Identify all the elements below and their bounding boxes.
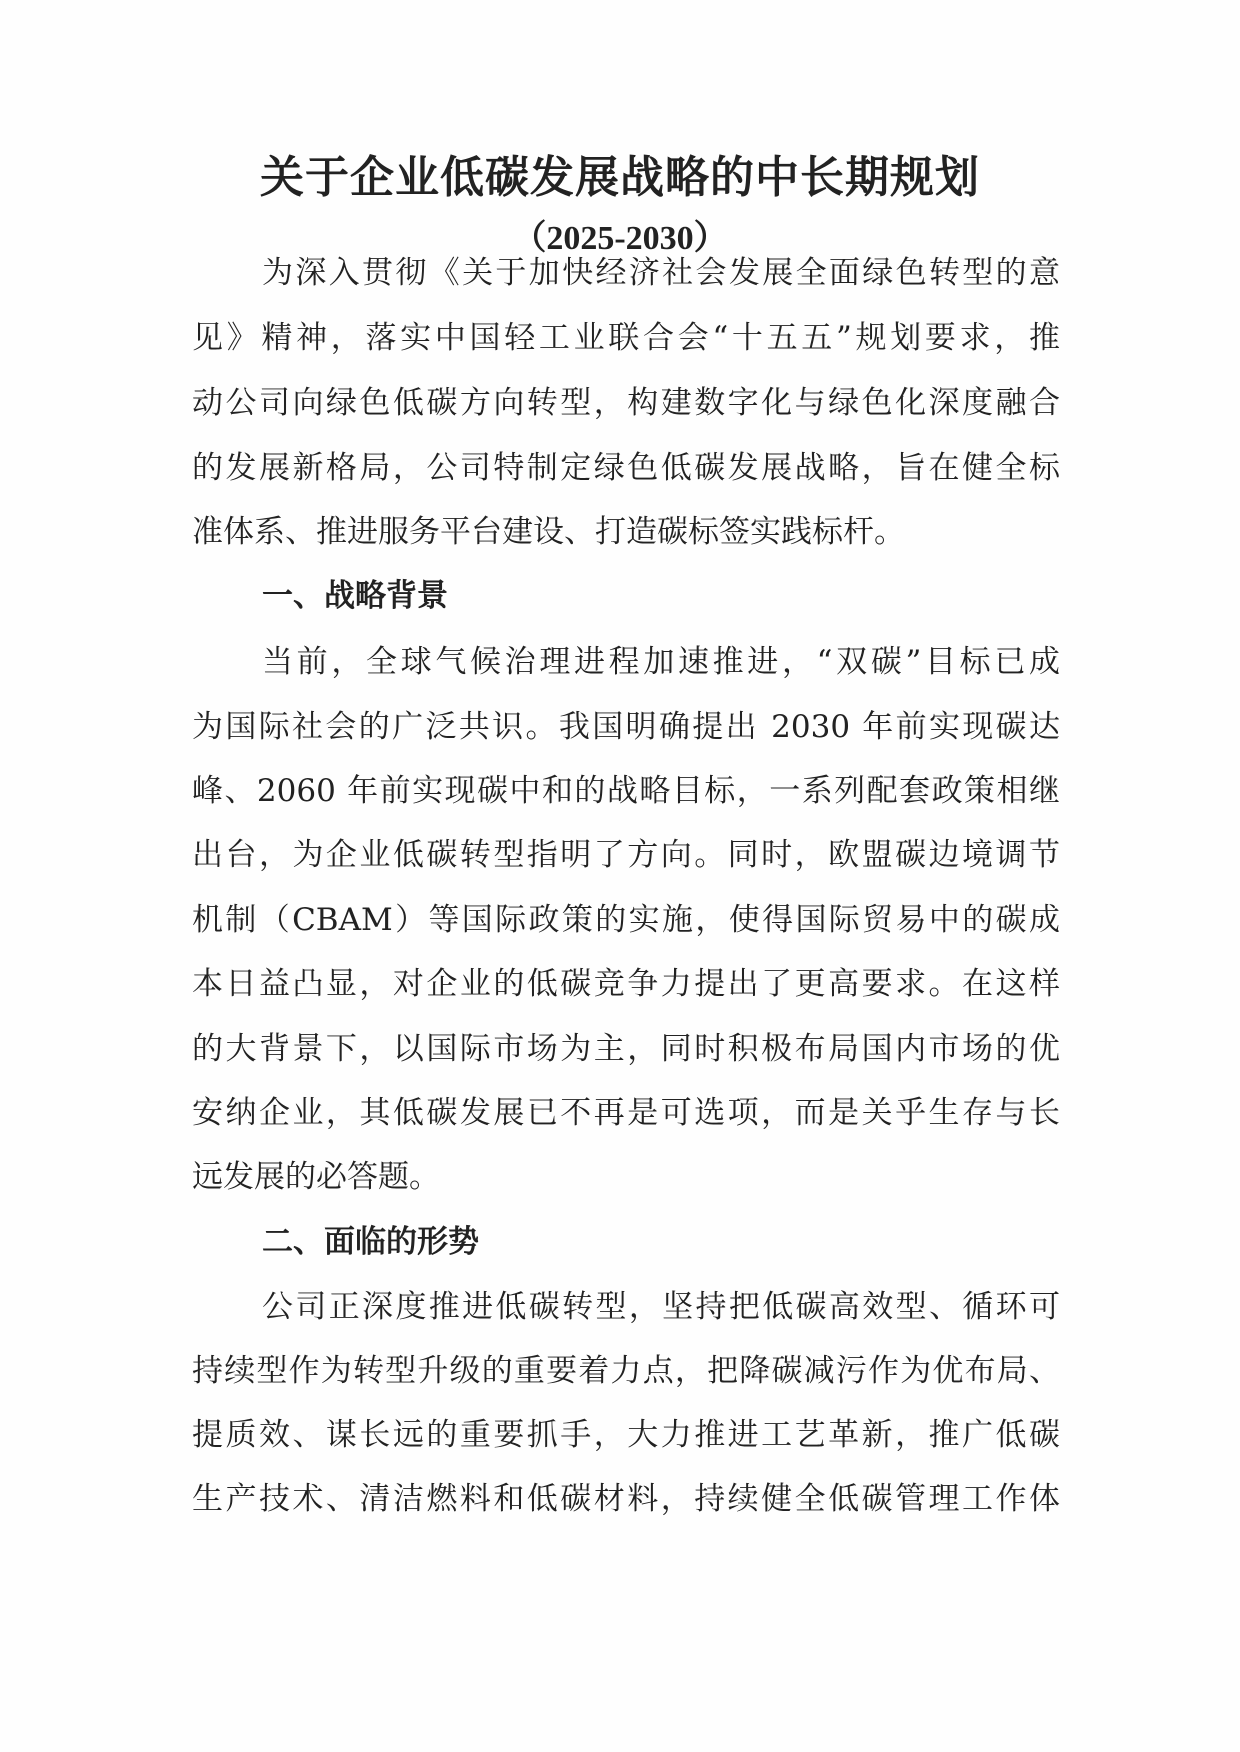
section-line: 持续型作为转型升级的重要着力点，把降碳减污作为优布局、: [192, 1349, 1060, 1393]
intro-line: 的发展新格局，公司特制定绿色低碳发展战略，旨在健全标: [192, 446, 1060, 490]
intro-line: 见》精神，落实中国轻工业联合会“十五五”规划要求，推: [192, 316, 1060, 360]
section-line: 安纳企业，其低碳发展已不再是可选项，而是关乎生存与长: [192, 1091, 1060, 1135]
section-heading-situation: 二、面临的形势: [262, 1220, 479, 1264]
section-line: 的大背景下，以国际市场为主，同时积极布局国内市场的优: [192, 1027, 1060, 1071]
intro-line: 为深入贯彻《关于加快经济社会发展全面绿色转型的意: [262, 251, 1060, 295]
section-line: 本日益凸显，对企业的低碳竞争力提出了更高要求。在这样: [192, 962, 1060, 1006]
document-title: 关于企业低碳发展战略的中长期规划: [0, 148, 1240, 208]
section-line: 远发展的必答题。: [192, 1155, 1060, 1199]
section-line: 出台，为企业低碳转型指明了方向。同时，欧盟碳边境调节: [192, 833, 1060, 877]
intro-line: 动公司向绿色低碳方向转型，构建数字化与绿色化深度融合: [192, 381, 1060, 425]
section-line: 公司正深度推进低碳转型，坚持把低碳高效型、循环可: [262, 1285, 1060, 1329]
intro-line: 准体系、推进服务平台建设、打造碳标签实践标杆。: [192, 510, 1060, 554]
section-line: 当前，全球气候治理进程加速推进，“双碳”目标已成: [262, 640, 1060, 684]
section-line: 为国际社会的广泛共识。我国明确提出 2030 年前实现碳达: [192, 705, 1060, 749]
document-page: 关于企业低碳发展战略的中长期规划 （2025-2030） 为深入贯彻《关于加快经…: [0, 0, 1240, 1752]
section-line: 提质效、谋长远的重要抓手，大力推进工艺革新，推广低碳: [192, 1413, 1060, 1457]
section-line: 峰、2060 年前实现碳中和的战略目标，一系列配套政策相继: [192, 769, 1060, 813]
section-line: 机制（CBAM）等国际政策的实施，使得国际贸易中的碳成: [192, 898, 1060, 942]
section-line: 生产技术、清洁燃料和低碳材料，持续健全低碳管理工作体: [192, 1477, 1060, 1521]
section-heading-background: 一、战略背景: [262, 574, 448, 618]
